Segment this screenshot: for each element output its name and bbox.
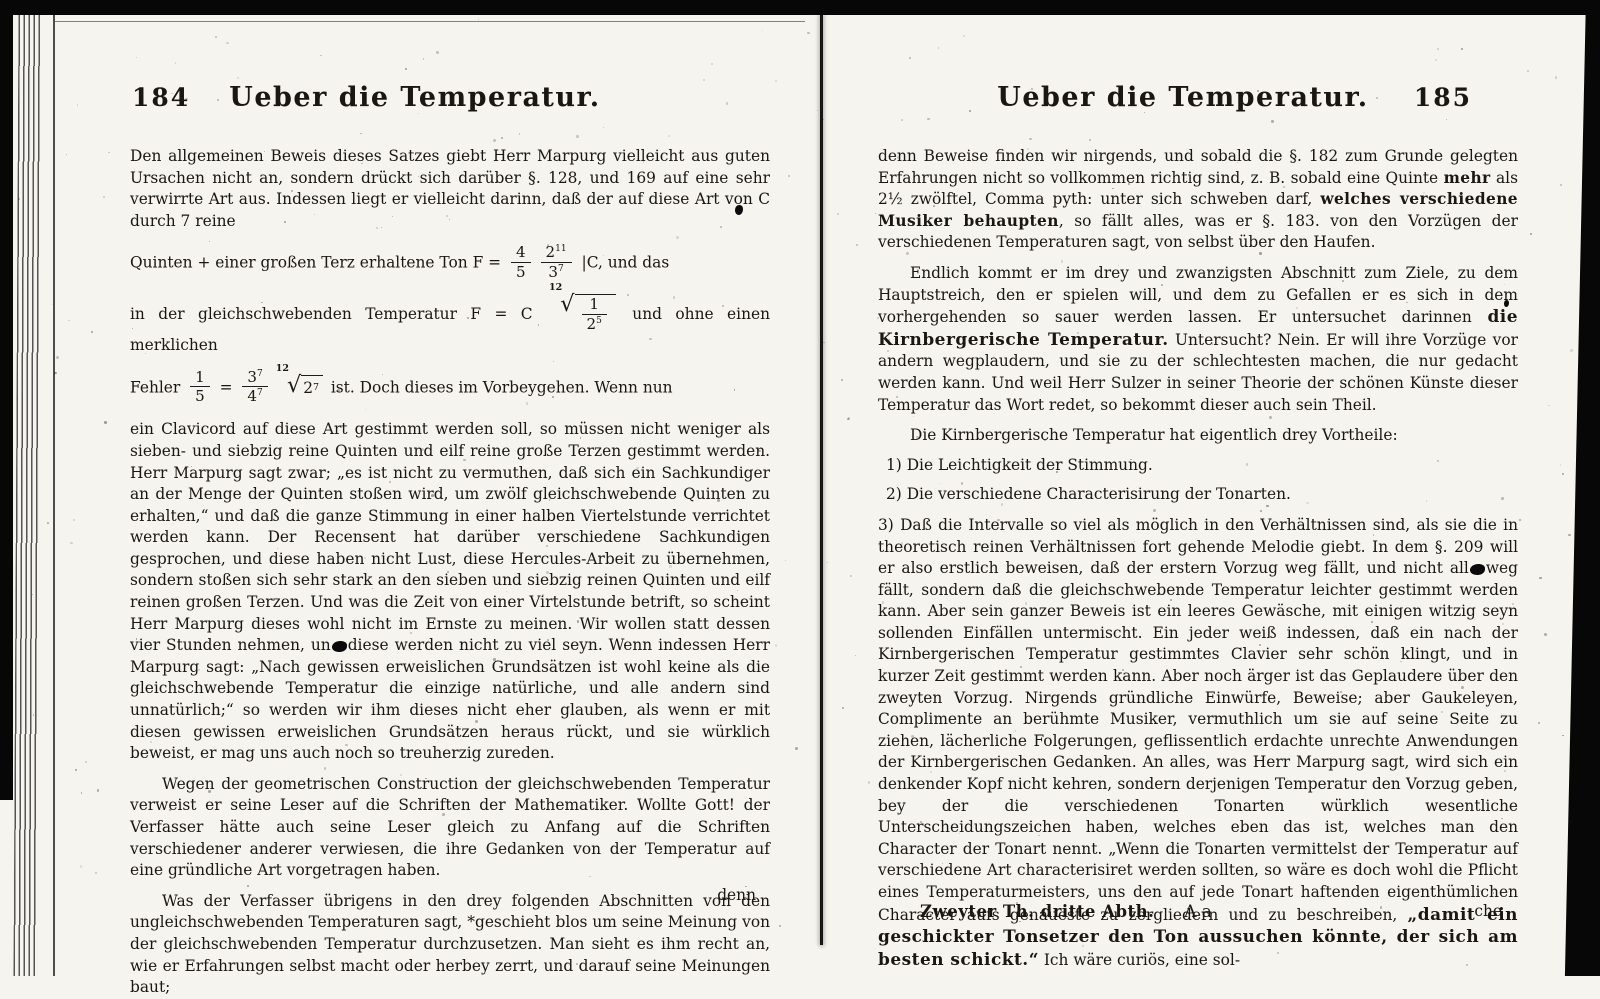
catchword-left: denn [717, 886, 756, 904]
right-page-footer: Zweyter Th. dritte Abth. A a che [878, 902, 1518, 928]
left-page: 184 Ueber die Temperatur. Den allgemeine… [130, 0, 770, 976]
right-page-body: denn Beweise finden wir nirgends, und so… [878, 146, 1518, 971]
paragraph: in der gleichschwebenden Temperatur F = … [130, 295, 770, 356]
paragraph: ein Clavicord auf diese Art gestimmt wer… [130, 419, 770, 765]
scan-edge-right [1555, 15, 1600, 976]
running-title-left: Ueber die Temperatur. [130, 82, 700, 113]
paragraph: Die Kirnbergerische Temperatur hat eigen… [878, 425, 1518, 447]
book-gutter-line [820, 15, 823, 945]
page-edge-line [53, 15, 55, 976]
paragraph: Fehler 15 = 374712√27 ist. Doch dieses i… [130, 370, 770, 407]
left-page-body: Den allgemeinen Beweis dieses Satzes gie… [130, 146, 770, 976]
right-page: Ueber die Temperatur. 185 denn Beweise f… [878, 0, 1518, 976]
book-scan: 184 Ueber die Temperatur. Den allgemeine… [0, 0, 1600, 976]
paragraph: 2) Die verschiedene Characterisirung der… [886, 484, 1518, 506]
catchword-right: che [1474, 902, 1502, 920]
paragraph: denn Beweise finden wir nirgends, und so… [878, 146, 1518, 254]
page-edges-artifact [13, 15, 40, 976]
paragraph: Was der Verfasser übrigens in den drey f… [130, 891, 770, 976]
paragraph: Endlich kommt er im drey und zwanzigsten… [878, 263, 1518, 416]
footer-gathering-mark: A a [878, 902, 1518, 922]
scan-edge-left-tail [0, 0, 5, 181]
paragraph: 1) Die Leichtigkeit der Stimmung. [886, 455, 1518, 477]
right-page-header: Ueber die Temperatur. 185 [878, 82, 1518, 116]
page-number-right: 185 [1414, 83, 1472, 112]
left-page-header: 184 Ueber die Temperatur. [130, 82, 770, 116]
paragraph: Wegen der geometrischen Construction der… [130, 774, 770, 882]
paragraph: Quinten + einer großen Terz erhaltene To… [130, 245, 770, 282]
